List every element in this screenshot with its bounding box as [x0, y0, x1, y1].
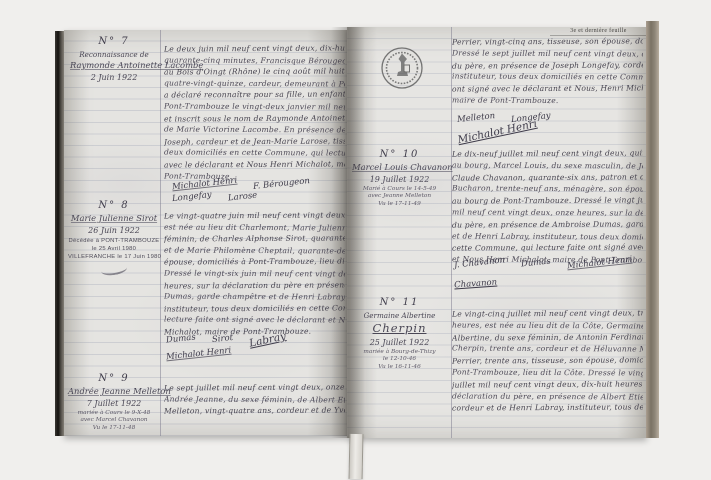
margin-line: Andrée Jeanne Melleton [68, 386, 160, 397]
handwritten-line: épouse, domiciliés à Pont-Trambouze, lie… [164, 256, 345, 269]
handwritten-line: mil neuf cent vingt deux, onze heures, s… [452, 206, 643, 219]
signature: Melleton [457, 111, 496, 125]
handwritten-line: Pont-Trambouze le vingt-deux janvier mil… [164, 100, 345, 113]
margin-line: Raymonde Antoinette Lacombe [70, 60, 158, 71]
handwritten-line: Dressé le sept juillet mil neuf cent vin… [452, 47, 643, 60]
scanner-background: N° 7 Reconnaissance deRaymonde Antoinett… [0, 0, 711, 480]
page-right: 3e et dernière feuille Perrier, vingt-ci… [347, 27, 647, 438]
bookmark-ribbon [349, 434, 364, 479]
entry-number: N° 7 [70, 36, 158, 47]
margin-line: Reconnaissance de [70, 49, 158, 60]
handwritten-line: Dressé le vingt-six juin mil neuf cent v… [164, 267, 345, 280]
handwritten-line: ont signé avec le déclarant et Nous, Hen… [452, 83, 643, 96]
handwritten-line: féminin, de Charles Alphonse Sirot, quar… [164, 233, 345, 246]
entry-10-body: Le dix-neuf juillet mil neuf cent vingt … [452, 148, 643, 266]
signature: Sirot [211, 333, 233, 345]
entry-number: N° 11 [352, 297, 447, 308]
entry-11-margin: N° 11 Germaine AlbertineCherpin25 Juille… [352, 297, 447, 371]
margin-line: Vu le 17-11-49 [352, 201, 447, 208]
entry-number: N° 8 [68, 200, 160, 211]
handwritten-line: Pont-Trambouze, lieu dit la Côte. Dressé… [452, 366, 643, 379]
signature: Dumas [521, 256, 552, 269]
signature: Michalot Henri [166, 346, 232, 363]
handwritten-line: Le vingt-quatre juin mil neuf cent vingt… [164, 209, 345, 222]
handwritten-line: du père, en présence de Ambroise Dumas, … [452, 218, 643, 231]
page-stack-edge-left [55, 31, 64, 436]
margin-line: mariée à Cours le 9-X-48 [68, 410, 160, 417]
margin-line: 26 Juin 1922 [68, 224, 160, 237]
handwritten-line: Le deux juin mil neuf cent vingt deux, d… [164, 42, 345, 55]
entry-9-margin: N° 9 Andrée Jeanne Melleton7 Juillet 192… [68, 373, 160, 432]
margin-line: le 12-10-46 [352, 356, 447, 363]
handwritten-line: au bourg de Pont-Trambouze. Dressé le vi… [452, 195, 643, 208]
handwritten-line: Melleton, vingt-quatre ans, cordeur et d… [164, 405, 345, 418]
margin-line: avec Jeanne Melleton [352, 193, 447, 200]
margin-line: Vu le 17-11-48 [68, 425, 160, 432]
entry-8-signatures: DumasSirotLabrayMichalot Henri [166, 334, 346, 359]
margin-line: Marié à Cours le 14-5-49 [352, 186, 447, 193]
handwritten-line: au bourg, Marcel Louis, du sexe masculin… [452, 159, 643, 172]
entry-10-signatures: J. ChavanonDumasMichalot HenriChavanon [454, 258, 640, 284]
handwritten-line: lecture faite ont signé avec le déclaran… [164, 314, 345, 327]
page-left: N° 7 Reconnaissance deRaymonde Antoinett… [64, 30, 347, 436]
entry-7-body: Le deux juin mil neuf cent vingt deux, d… [164, 43, 345, 182]
handwritten-line: heures, est née au lieu dit de la Côte, … [452, 319, 643, 332]
handwritten-line: Perrier, vingt-cinq ans, tisseuse, son é… [452, 35, 643, 48]
handwritten-line: juillet mil neuf cent vingt deux, dix-hu… [452, 378, 643, 391]
entry-8-body: Le vingt-quatre juin mil neuf cent vingt… [164, 210, 345, 338]
margin-line: Cherpin [352, 321, 447, 336]
margin-line: Marcel Louis Chavanon [352, 162, 447, 173]
entry-10-margin: N° 10 Marcel Louis Chavanon19 Juillet 19… [352, 149, 447, 208]
margin-line: VILLEFRANCHE le 17 Juin 1980 [68, 253, 160, 261]
handwritten-line: Dumas, garde champêtre et de Henri Labra… [164, 291, 345, 304]
signature: J. Chavanon [454, 255, 506, 270]
handwritten-line: Le sept juillet mil neuf cent vingt deux… [164, 381, 345, 394]
signature: Longefay [172, 190, 213, 204]
entry-9-continuation-body: Perrier, vingt-cinq ans, tisseuse, son é… [452, 36, 643, 107]
municipal-seal-icon [380, 46, 424, 90]
margin-line: Germaine Albertine [352, 310, 447, 321]
margin-line: Marie Julienne Sirot [68, 213, 160, 224]
handwritten-line: a déclaré reconnaître pour sa fille, un … [164, 89, 345, 102]
handwritten-line: avec le déclarant et Nous Henri Michalot… [164, 158, 345, 171]
entry-7-signatures: Michalot HenriF. BérougeonLongefayLarose [172, 179, 348, 202]
margin-line: Décédée à PONT-TRAMBOUZE [68, 237, 160, 245]
page-stack-edge-right [646, 21, 659, 438]
margin-line: le 25 Avril 1980 [68, 245, 160, 253]
handwritten-line: Perrier, trente ans, tisseuse, son épous… [452, 355, 643, 368]
handwritten-line: de Marie Victorine Lacombe. En présence … [164, 124, 345, 137]
entry-7-margin: N° 7 Reconnaissance deRaymonde Antoinett… [70, 36, 158, 84]
handwritten-line: maire de Pont-Trambouze. [452, 94, 643, 107]
entry-9-body: Le sept juillet mil neuf cent vingt deux… [164, 382, 345, 417]
signature: Labray [248, 330, 287, 349]
margin-line: 25 Juillet 1922 [352, 336, 447, 349]
entry-9-margin-lines: Andrée Jeanne Melleton7 Juillet 1922mari… [68, 386, 160, 432]
paraph-mark [100, 262, 127, 277]
entry-8-margin: N° 8 Marie Julienne Sirot26 Juin 1922Déc… [68, 200, 160, 275]
entry-7-margin-lines: Reconnaissance deRaymonde Antoinette Lac… [70, 49, 158, 84]
signature: Chavanon [454, 268, 640, 291]
margin-line: 7 Juillet 1922 [68, 397, 160, 410]
margin-line: 19 Juillet 1922 [352, 173, 447, 186]
handwritten-line: deux domiciliés en cette Commune, qui le… [164, 147, 345, 160]
margin-line: Vu le 16-11-46 [352, 364, 447, 371]
entry-9-signatures: MelletonLongefayMichalot Henri [457, 113, 642, 138]
margin-rule [160, 30, 161, 436]
handwritten-line: cordeur et de Henri Labray, instituteur,… [452, 402, 643, 415]
handwritten-line: Le dix-neuf juillet mil neuf cent vingt … [452, 147, 643, 160]
handwritten-line: au Bois d'Oingt (Rhône) le cinq août mil… [164, 66, 345, 79]
entry-10-margin-lines: Marcel Louis Chavanon19 Juillet 1922Mari… [352, 162, 447, 208]
margin-line: 2 Juin 1922 [70, 71, 158, 84]
entry-number: N° 9 [68, 373, 160, 384]
handwritten-line: Le vingt-cinq juillet mil neuf cent ving… [452, 307, 643, 320]
entry-8-margin-lines: Marie Julienne Sirot26 Juin 1922Décédée … [68, 213, 160, 261]
margin-line: mariée à Bourg-de-Thizy [352, 349, 447, 356]
entry-number: N° 10 [352, 149, 447, 160]
signature: F. Bérougeon [253, 176, 311, 192]
entry-11-margin-lines: Germaine AlbertineCherpin25 Juillet 1922… [352, 310, 447, 371]
signature: Larose [227, 190, 257, 203]
signature: Dumas [166, 332, 197, 345]
entry-11-body: Le vingt-cinq juillet mil neuf cent ving… [452, 308, 643, 414]
margin-line: avec Marcel Chavanon [68, 417, 160, 424]
